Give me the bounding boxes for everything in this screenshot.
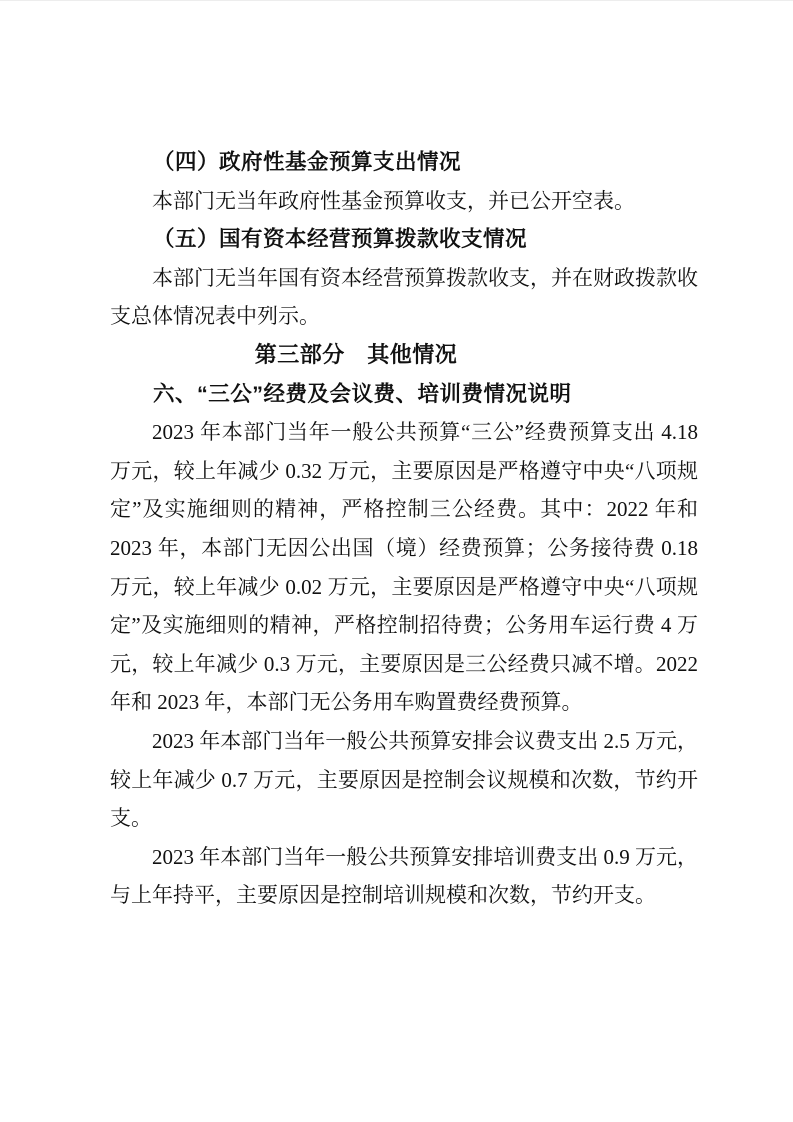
heading-state-capital-budget: （五）国有资本经营预算拨款收支情况: [110, 220, 698, 259]
paragraph-three-public-expenses: 2023 年本部门当年一般公共预算“三公”经费预算支出 4.18 万元，较上年减…: [110, 413, 698, 722]
heading-gov-fund-budget-expenditure: （四）政府性基金预算支出情况: [110, 143, 698, 182]
document-content: （四）政府性基金预算支出情况 本部门无当年政府性基金预算收支，并已公开空表。 （…: [110, 143, 698, 915]
paragraph-training-fee: 2023 年本部门当年一般公共预算安排培训费支出 0.9 万元，与上年持平，主要…: [110, 838, 698, 915]
part-three-title: 第三部分 其他情况: [62, 336, 650, 375]
paragraph-gov-fund-budget: 本部门无当年政府性基金预算收支，并已公开空表。: [110, 182, 698, 221]
heading-three-public-expenses: 六、“三公”经费及会议费、培训费情况说明: [110, 375, 698, 414]
paragraph-meeting-fee: 2023 年本部门当年一般公共预算安排会议费支出 2.5 万元，较上年减少 0.…: [110, 722, 698, 838]
document-page: （四）政府性基金预算支出情况 本部门无当年政府性基金预算收支，并已公开空表。 （…: [0, 0, 793, 1122]
paragraph-state-capital-budget: 本部门无当年国有资本经营预算拨款收支，并在财政拨款收支总体情况表中列示。: [110, 259, 698, 336]
